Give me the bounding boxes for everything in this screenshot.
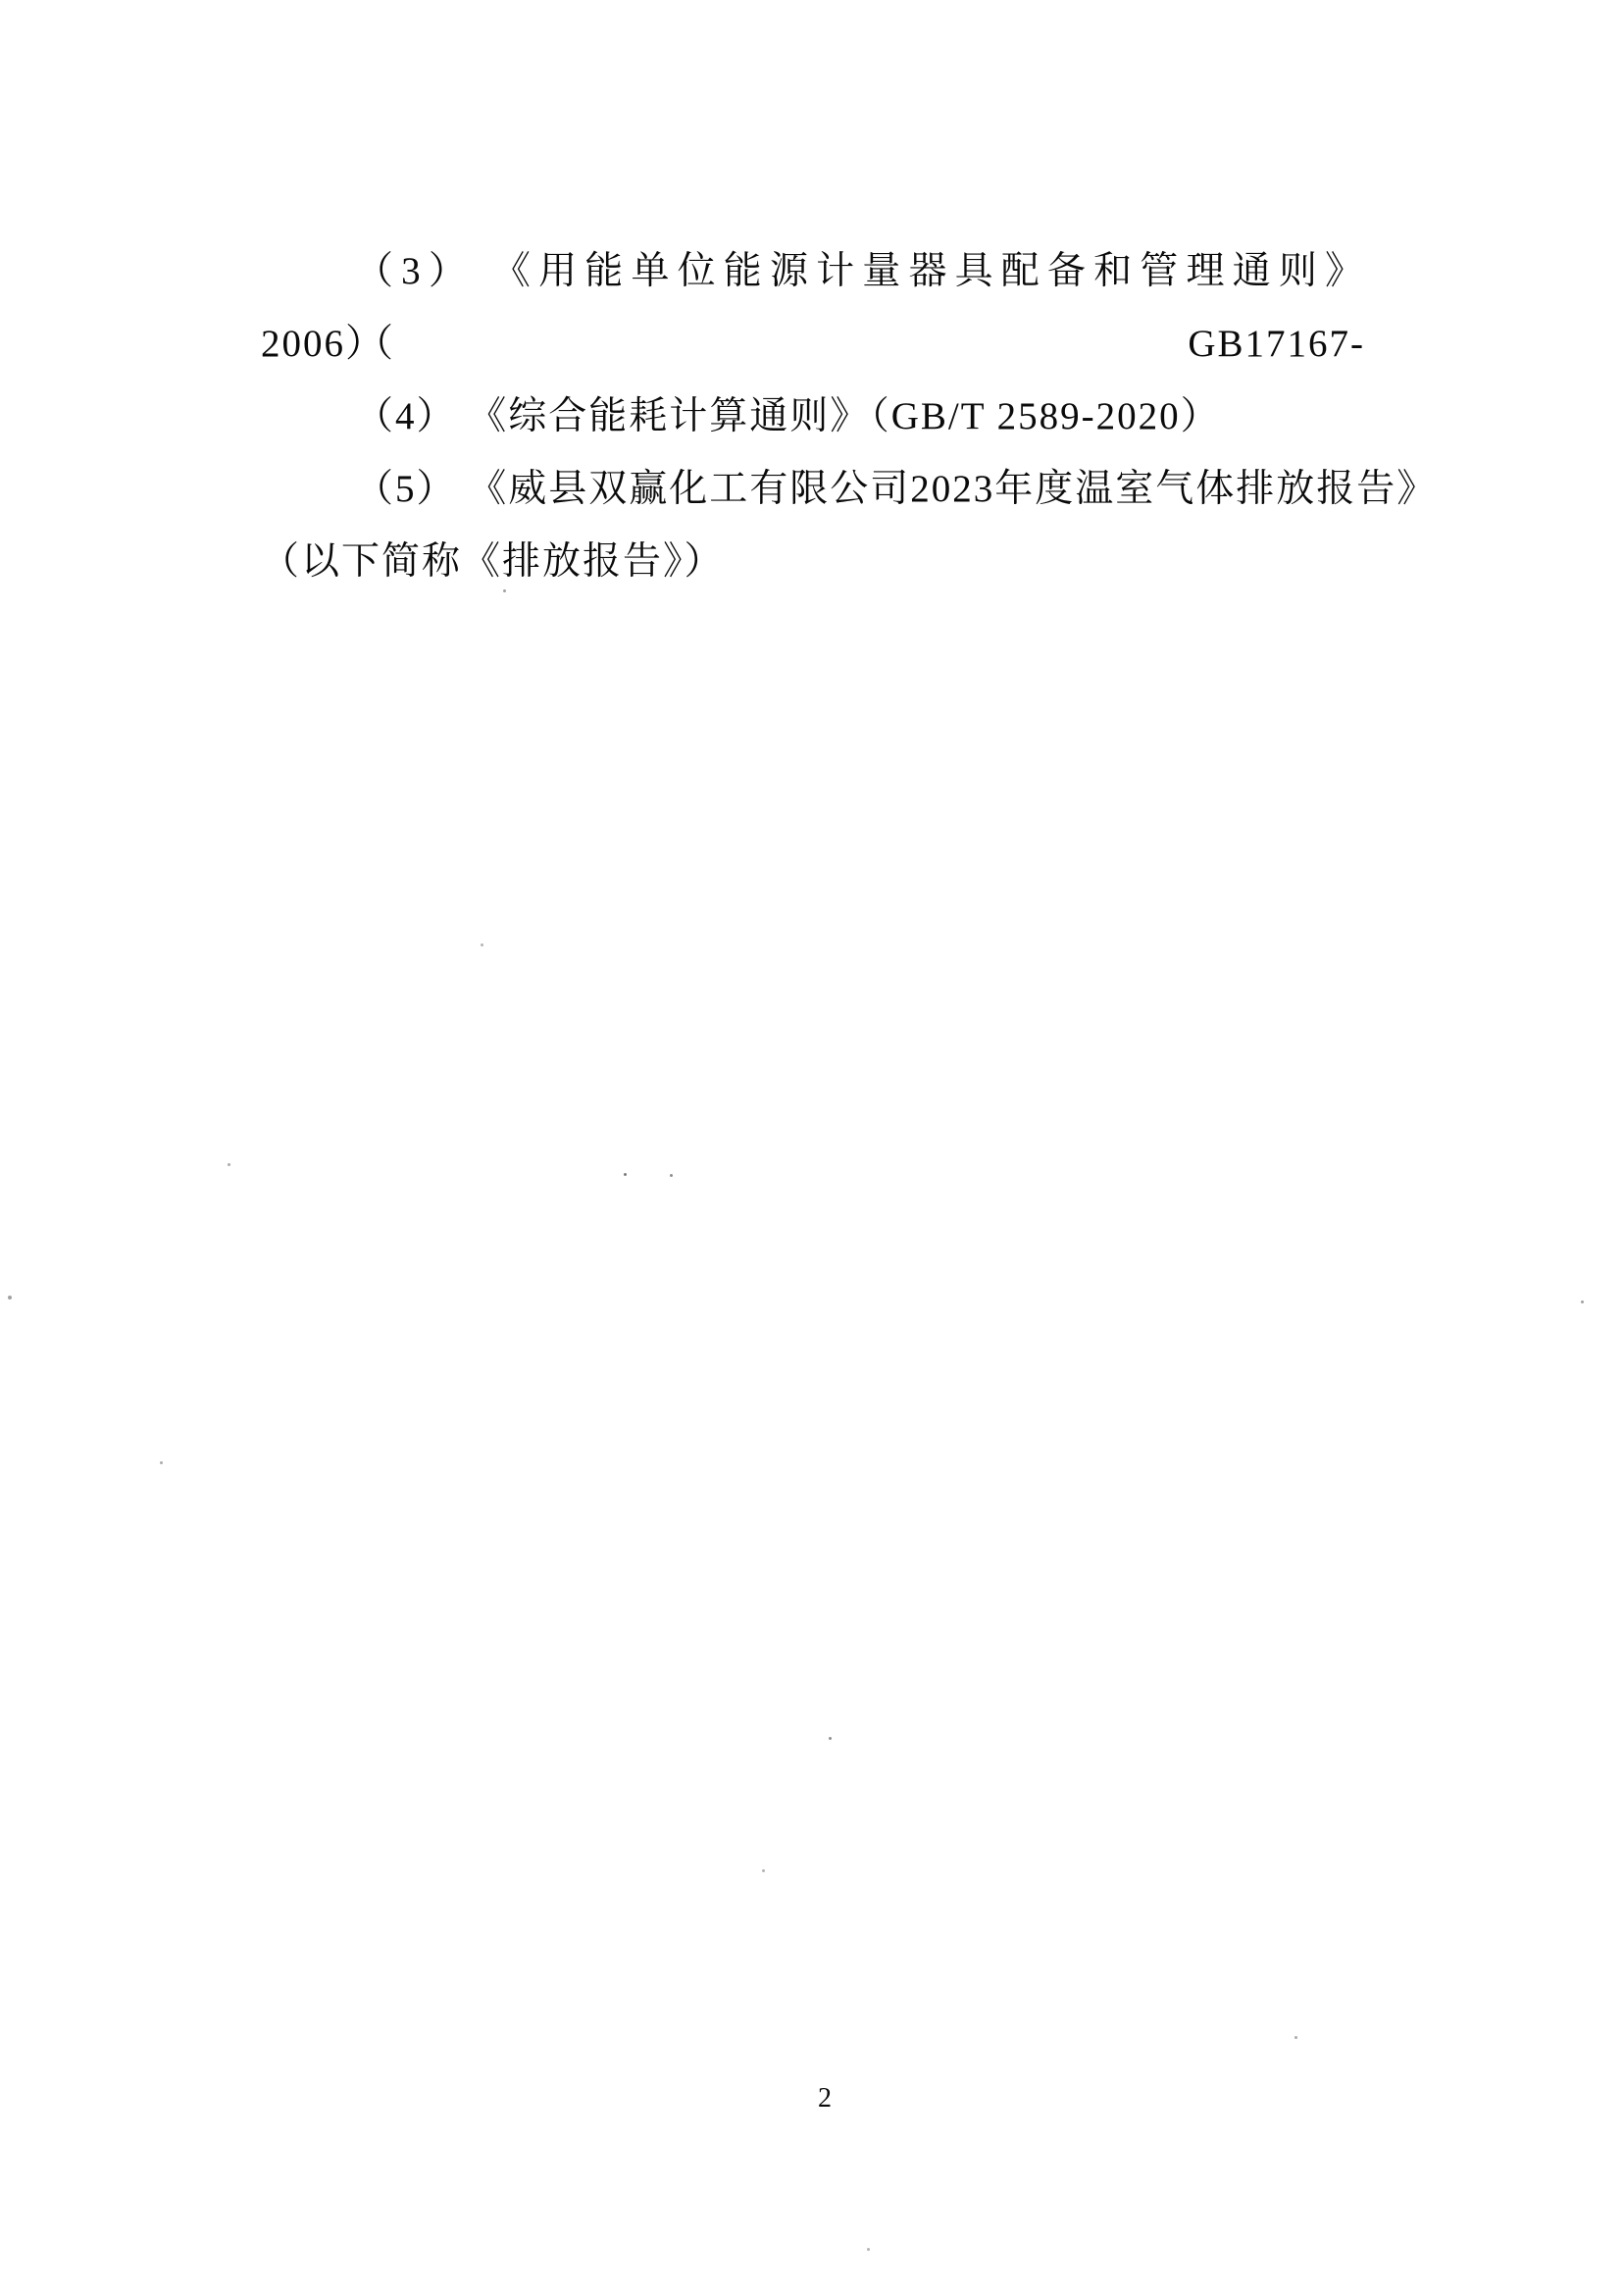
scan-noise-speck bbox=[1294, 2036, 1297, 2039]
scan-noise-speck bbox=[8, 1296, 12, 1299]
scan-noise-speck bbox=[670, 1174, 673, 1177]
scan-noise-speck bbox=[228, 1163, 230, 1166]
scan-noise-speck bbox=[624, 1173, 627, 1176]
scan-noise-speck bbox=[762, 1869, 765, 1872]
scan-noise-speck bbox=[867, 2248, 870, 2251]
scan-noise-speck bbox=[829, 1737, 832, 1740]
scan-noise-speck bbox=[160, 1461, 163, 1464]
scan-noise-speck bbox=[481, 943, 483, 946]
reference-item-3-line-1: （3） 《用能单位能源计量器具配备和管理通则》（GB17167- bbox=[261, 235, 1365, 308]
scan-noise-speck bbox=[1581, 1300, 1584, 1303]
page-number: 2 bbox=[13, 2079, 1624, 2118]
reference-item-5-line-2: （以下简称《排放报告》） bbox=[261, 526, 1365, 598]
reference-list-text-block: （3） 《用能单位能源计量器具配备和管理通则》（GB17167- 2006） （… bbox=[261, 235, 1365, 598]
reference-item-4: （4） 《综合能耗计算通则》（GB/T 2589-2020） bbox=[261, 381, 1365, 453]
document-page: （3） 《用能单位能源计量器具配备和管理通则》（GB17167- 2006） （… bbox=[0, 0, 1624, 2293]
reference-item-5-line-1: （5） 《威县双赢化工有限公司2023年度温室气体排放报告》 bbox=[261, 453, 1365, 526]
scan-noise-speck bbox=[503, 589, 506, 592]
